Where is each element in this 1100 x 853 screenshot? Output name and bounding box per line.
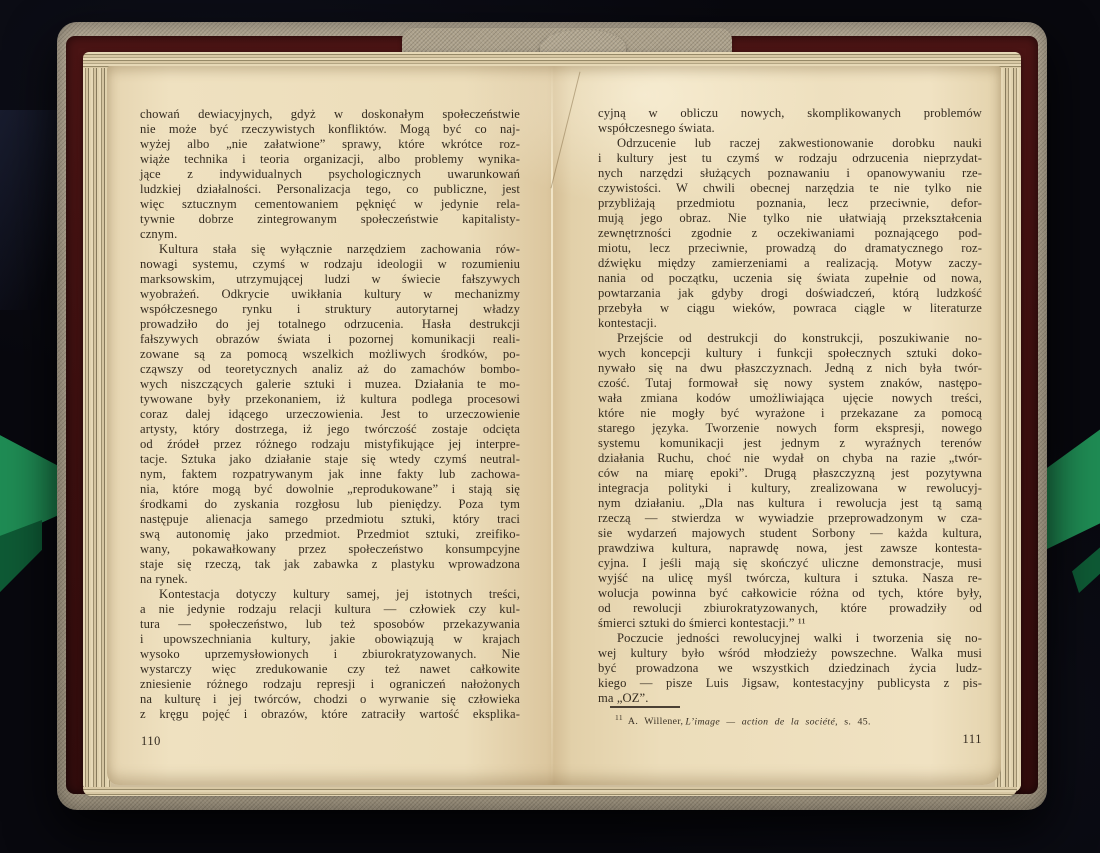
text-line: nie może być rzeczywistych konfliktów. M… bbox=[140, 122, 520, 137]
footnote: 11A. Willener,L’image — action de la soc… bbox=[598, 713, 988, 727]
text-line: wej kultury było wśród młodzieży powszec… bbox=[598, 646, 982, 661]
text-line: zowane są za pomocą wszelkich możliwych … bbox=[140, 347, 520, 362]
text-line: nywało się na dwu płaszczyznach. Jedną z… bbox=[598, 361, 982, 376]
text-line: przybliżają przedmiotu poznania, lecz pr… bbox=[598, 196, 982, 211]
text-line: wystarczy więc zredukowanie czy też nawe… bbox=[140, 662, 520, 677]
text-line: wyjść na ulicę myśl twórcza, kultura i s… bbox=[598, 571, 982, 586]
open-book: chowań dewiacyjnych, gdyż w doskonałym s… bbox=[57, 22, 1047, 810]
text-line: ludzkiej działalności. Personalizacja te… bbox=[140, 182, 520, 197]
text-line: czość. Tutaj formował się nowy system zn… bbox=[598, 376, 982, 391]
text-line: coraz dalej idącego urzeczowienia. Jest … bbox=[140, 407, 520, 422]
text-line: które nie mogły być wyrażone i przekazan… bbox=[598, 406, 982, 421]
footnote-author: A. Willener, bbox=[628, 716, 683, 727]
text-line: tura — społeczeństwo, lub też sposobów p… bbox=[140, 617, 520, 632]
text-line: kiego — pisze Luis Jigsaw, kontestacyjny… bbox=[598, 676, 982, 691]
page-bottom-edges bbox=[83, 787, 1017, 796]
text-line: współczesnego rynku i struktury autoryta… bbox=[140, 302, 520, 317]
text-line: tywnie dobrze zintegrowanym społeczeństw… bbox=[140, 212, 520, 227]
text-line: miotu, lecz przeciwnie, prowadzą do dram… bbox=[598, 241, 982, 256]
text-line: systemu komunikacji jest jednym z wyraźn… bbox=[598, 436, 982, 451]
text-line: staje się rzeczą, tak jak zabawka z plas… bbox=[140, 557, 520, 572]
text-line: wolucja powinna być całkowicie różna od … bbox=[598, 586, 982, 601]
text-line: nych narzędzi służących poznawaniu i opa… bbox=[598, 166, 982, 181]
text-line: wysoko uprzemysłowionych i zbiurokratyzo… bbox=[140, 647, 520, 662]
text-line: Odrzucenie lub raczej zakwestionowanie d… bbox=[598, 136, 982, 151]
text-line: śmierci sztuki do śmierci kontestacji.” … bbox=[598, 616, 982, 631]
text-line: z kręgu pojęć i obrazów, które zatraciły… bbox=[140, 707, 520, 722]
text-line: na kulturę i jej twórców, chodzi o wyrwa… bbox=[140, 692, 520, 707]
text-line: od źródeł przez różnego rodzaju mistyfik… bbox=[140, 437, 520, 452]
text-line: ców na miarę epoki”. Drugą płaszczyzną j… bbox=[598, 466, 982, 481]
page-number-right: 111 bbox=[598, 732, 982, 747]
text-line: fałszywych obrazów świata i pozornej kom… bbox=[140, 332, 520, 347]
text-line: Przejście od destrukcji do konstrukcji, … bbox=[598, 331, 982, 346]
text-line: czywistości. W chwili obecnej narzędzia … bbox=[598, 181, 982, 196]
text-line: marksowskim, utrzymującej ludzi w świeci… bbox=[140, 272, 520, 287]
text-line: wyżej albo „nie załatwione” sprawy, któr… bbox=[140, 137, 520, 152]
text-line: Kontestacja dotyczy kultury samej, jej i… bbox=[140, 587, 520, 602]
right-page-text: cyjną w obliczu nowych, skomplikowanych … bbox=[598, 106, 982, 706]
text-line: tywowane były przekonaniem, iż kultura p… bbox=[140, 392, 520, 407]
text-line: na rynek. bbox=[140, 572, 520, 587]
text-line: jące z indywidualnych psychologicznych u… bbox=[140, 167, 520, 182]
book-photo-scene: chowań dewiacyjnych, gdyż w doskonałym s… bbox=[0, 0, 1100, 853]
text-line: i kultury jest tu czymś w rodzaju odrzuc… bbox=[598, 151, 982, 166]
text-line: wany, pokawałkowany przez społeczeństwo … bbox=[140, 542, 520, 557]
text-line: wała zmiana kodów umożliwiająca ujęcie n… bbox=[598, 391, 982, 406]
text-line: więc sztucznym cementowaniem pęknięć w j… bbox=[140, 197, 520, 212]
text-line: mują jego obraz. Nie tylko nie ułatwiają… bbox=[598, 211, 982, 226]
text-line: kontestacji. bbox=[598, 316, 982, 331]
text-line: rzeczą — stwierdza w wywiadzie przeprowa… bbox=[598, 511, 982, 526]
text-line: Poczucie jedności rewolucyjnej walki i t… bbox=[598, 631, 982, 646]
text-line: tacje. Sztuka jako działanie staje się w… bbox=[140, 452, 520, 467]
text-line: cyjna. I jeśli mają się skończyć uliczne… bbox=[598, 556, 982, 571]
footnote-title: L’image — action de la société bbox=[685, 716, 835, 727]
left-page-text: chowań dewiacyjnych, gdyż w doskonałym s… bbox=[140, 107, 520, 722]
green-object-right bbox=[1043, 424, 1100, 562]
text-line: sie wydarzeń majowych student Sorbony — … bbox=[598, 526, 982, 541]
text-line: nym, faktem rozpatrywanym jak inne fakty… bbox=[140, 467, 520, 482]
text-line: zniesienie różnego rodzaju represji i og… bbox=[140, 677, 520, 692]
text-line: prawdziwa kultura, naprawdę nowa, jest z… bbox=[598, 541, 982, 556]
text-line: dźwięku między zamierzeniami a realizacj… bbox=[598, 256, 982, 271]
text-line: i upowszechniania kultury, jakie obowiąz… bbox=[140, 632, 520, 647]
text-line: działania Ruchu, choć nie wydał on chyba… bbox=[598, 451, 982, 466]
text-line: zewnętrzności zgodnie z oczekiwaniami po… bbox=[598, 226, 982, 241]
text-line: nania od początku, uczenia się świata zu… bbox=[598, 271, 982, 286]
footnote-marker: 11 bbox=[615, 713, 623, 722]
text-line: swą autonomię jako przedmiot. Przedmiot … bbox=[140, 527, 520, 542]
text-line: powtarzania jak gdyby drogi doświadczeń,… bbox=[598, 286, 982, 301]
text-line: współczesnego świata. bbox=[598, 121, 982, 136]
text-line: przebyła w ciągu wieków, powraca ciągle … bbox=[598, 301, 982, 316]
text-line: wyobrażeń. Odkrycie uwikłania kultury w … bbox=[140, 287, 520, 302]
green-object-right-lower bbox=[1072, 545, 1100, 593]
text-line: wych koncepcji kultury i funkcji społecz… bbox=[598, 346, 982, 361]
text-line: wych niszczących galerie sztuki i muzea.… bbox=[140, 377, 520, 392]
text-line: nowagi systemu, czymś w rodzaju ideologi… bbox=[140, 257, 520, 272]
text-line: nia, które mogą być dowolnie „reprodukow… bbox=[140, 482, 520, 497]
text-line: nym działaniu. „Dla nas kultura i rewolu… bbox=[598, 496, 982, 511]
page-number-left: 110 bbox=[141, 734, 161, 749]
text-line: cząwszy od teoretycznych analiz aż do za… bbox=[140, 362, 520, 377]
text-line: być prowadzona we wszystkich dziedzinach… bbox=[598, 661, 982, 676]
text-line: środkami do zyskania rozgłosu lub pienię… bbox=[140, 497, 520, 512]
text-line: starego języka. Tworzenie nowych form ek… bbox=[598, 421, 982, 436]
footnote-tail: , s. 45. bbox=[835, 716, 871, 727]
text-line: chowań dewiacyjnych, gdyż w doskonałym s… bbox=[140, 107, 520, 122]
footnote-rule bbox=[610, 706, 680, 708]
text-line: Kultura stała się wyłącznie narzędziem z… bbox=[140, 242, 520, 257]
text-line: prowadziło do jej totalnego odrzucenia. … bbox=[140, 317, 520, 332]
text-line: ma „OZ”. bbox=[598, 691, 982, 706]
text-line: następuje alienacja samego przedmiotu sz… bbox=[140, 512, 520, 527]
text-line: wiąże technika i teoria organizacji, alb… bbox=[140, 152, 520, 167]
text-line: cyjną w obliczu nowych, skomplikowanych … bbox=[598, 106, 982, 121]
text-line: artysty, który dostrzega, iż jego twórcz… bbox=[140, 422, 520, 437]
text-line: integracja polityki i kultury, zrealizow… bbox=[598, 481, 982, 496]
text-line: a nie jedynie rodzaju relacji kultura — … bbox=[140, 602, 520, 617]
text-line: od rewolucji zbiurokratyzowanych, które … bbox=[598, 601, 982, 616]
gutter-highlight bbox=[551, 66, 553, 784]
text-line: cznym. bbox=[140, 227, 520, 242]
